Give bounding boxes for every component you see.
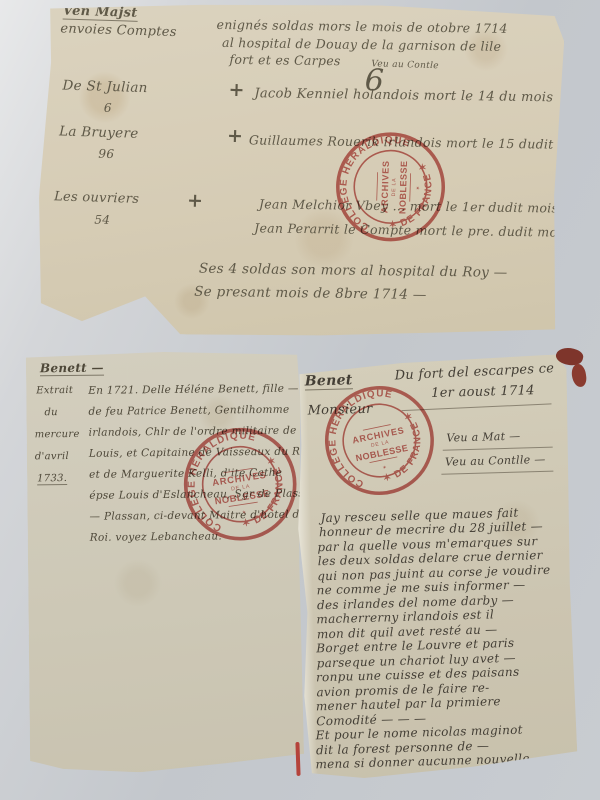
ink-rule bbox=[443, 447, 553, 451]
stamp-center-star: ✶ bbox=[416, 185, 422, 190]
manuscript-left: Benett — Extrait du mercure d'avril 1733… bbox=[26, 351, 304, 774]
stamp-center-rule bbox=[410, 173, 411, 201]
entry-place: De St Julian bbox=[62, 78, 148, 97]
dateline: Du fort del escarpes ce bbox=[394, 361, 554, 383]
heraldic-stamp: COLLÈGE HÉRALDIQUE ✶ DE FRANCE ✶ ARCHIVE… bbox=[311, 108, 470, 267]
stamp-center-star: ✶ bbox=[382, 465, 388, 472]
dateline-date: 1er aoust 1714 bbox=[431, 383, 535, 401]
entry-number: 54 bbox=[94, 213, 110, 227]
margin-note: 1733. bbox=[37, 473, 67, 485]
control-note: Veu au Contlle — bbox=[445, 453, 546, 469]
margin-note: Extrait bbox=[36, 385, 73, 396]
stamp-center-line1: ARCHIVES bbox=[379, 160, 391, 213]
body-line: En 1721. Delle Héléne Benett, fille — bbox=[88, 383, 299, 397]
entry-text: Jacob Kenniel holandois mort le 14 du mo… bbox=[254, 86, 553, 105]
entry-number: 96 bbox=[98, 147, 114, 161]
wax-seal-remnant bbox=[570, 363, 587, 388]
intro-line: al hospital de Douay de la garnison de l… bbox=[222, 35, 501, 54]
stamp-center-star: ✶ bbox=[242, 510, 248, 517]
control-note: Veu a Mat — bbox=[446, 430, 520, 445]
stamp-center-rule bbox=[377, 172, 378, 200]
ink-rule bbox=[441, 471, 553, 475]
manuscript-top: Ven Majst envoies Comptes enignés soldas… bbox=[35, 0, 565, 346]
cross-mark: + bbox=[228, 79, 245, 101]
margin-note: d'avril bbox=[35, 451, 69, 462]
cross-mark: + bbox=[227, 125, 244, 147]
photo-of-manuscripts: Ven Majst envoies Comptes enignés soldas… bbox=[0, 0, 600, 800]
document-title: Benett — bbox=[40, 361, 104, 377]
footer-line: Ses 4 soldas son mors al hospital du Roy… bbox=[199, 261, 508, 281]
footer-line: Se presant mois de 8bre 1714 — bbox=[194, 284, 427, 303]
stamp-center-line3: NOBLESSE bbox=[214, 488, 270, 506]
manuscript-right: Benet Monsieur Du fort del escarpes ce 1… bbox=[292, 354, 578, 779]
stamp-center-line3: NOBLESSE bbox=[397, 160, 409, 214]
entry-place: Les ouvriers bbox=[54, 189, 140, 207]
margin-heading-line2: envoies Comptes bbox=[60, 21, 177, 40]
intro-line: fort et es Carpes bbox=[229, 52, 340, 69]
intro-line: enignés soldas mors le mois de otobre 17… bbox=[216, 17, 507, 36]
stamp-center-line2: DE LA bbox=[391, 178, 398, 197]
margin-heading-line1: Ven Majst bbox=[63, 3, 138, 21]
entry-number: 6 bbox=[104, 101, 112, 115]
cross-mark: + bbox=[187, 189, 204, 211]
margin-note: mercure bbox=[35, 429, 80, 440]
entry-place: La Bruyere bbox=[59, 123, 139, 141]
margin-note: du bbox=[44, 407, 58, 418]
body-line: de feu Patrice Benett, Gentilhomme bbox=[88, 404, 289, 418]
